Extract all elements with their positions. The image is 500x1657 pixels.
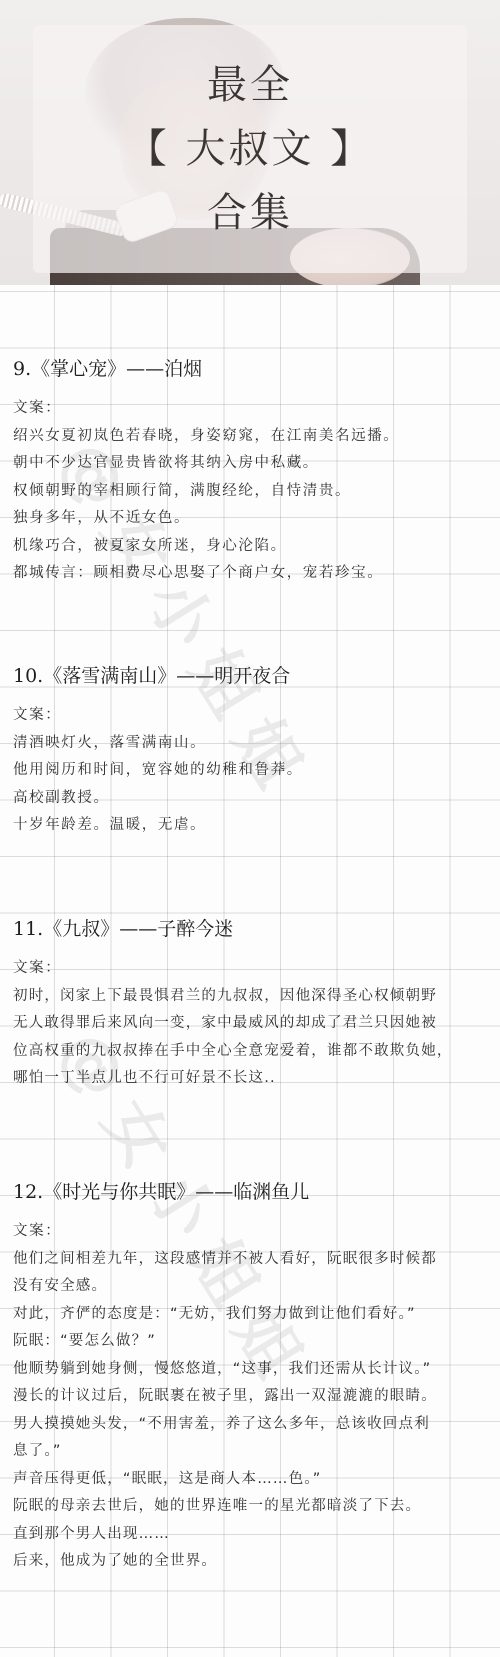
book-entry: 11.《九叔》——子醉今迷 文案： 初时，闵家上下最畏惧君兰的九叔叔，因他深得圣… xyxy=(13,913,493,1093)
title-line-3: 合集 xyxy=(207,193,293,233)
synopsis-line: 他顺势躺到她身侧，慢悠悠道，“这事，我们还需从长计议。” xyxy=(13,1356,493,1384)
synopsis-line: 权倾朝野的宰相顾行简，满腹经纶，自恃清贵。 xyxy=(13,478,493,506)
header-banner: 最全 【 大叔文 】 合集 xyxy=(0,0,500,298)
synopsis-line: 男人摸摸她头发，“不用害羞，养了这么多年，总该收回点利 xyxy=(13,1411,493,1439)
synopsis-line: 朝中不少达官显贵皆欲将其纳入房中私藏。 xyxy=(13,450,493,478)
synopsis-label: 文案： xyxy=(13,702,493,730)
title-line-1: 最全 xyxy=(207,65,293,105)
book-entry: 10.《落雪满南山》——明开夜合 文案： 清酒映灯火，落雪满南山。 他用阅历和时… xyxy=(13,660,493,840)
synopsis-line: 绍兴女夏初岚色若春晓，身姿窈窕，在江南美名远播。 xyxy=(13,423,493,451)
synopsis-line: 漫长的计议过后，阮眠裹在被子里，露出一双湿漉漉的眼睛。 xyxy=(13,1383,493,1411)
synopsis-line: 后来，他成为了她的全世界。 xyxy=(13,1548,493,1576)
book-title: 10.《落雪满南山》——明开夜合 xyxy=(13,660,493,692)
book-title: 12.《时光与你共眠》——临渊鱼儿 xyxy=(13,1176,493,1208)
synopsis-line: 都城传言：顾相费尽心思娶了个商户女，宠若珍宝。 xyxy=(13,560,493,588)
synopsis-line: 直到那个男人出现…… xyxy=(13,1521,493,1549)
synopsis-line: 十岁年龄差。温暖，无虐。 xyxy=(13,812,493,840)
synopsis-line: 对此，齐俨的态度是：“无妨，我们努力做到让他们看好。” xyxy=(13,1301,493,1329)
book-entry: 12.《时光与你共眠》——临渊鱼儿 文案： 他们之间相差九年，这段感情并不被人看… xyxy=(13,1176,493,1576)
synopsis-line: 阮眠：“要怎么做？” xyxy=(13,1328,493,1356)
synopsis-label: 文案： xyxy=(13,955,493,983)
book-entry: 9.《掌心宠》——泊烟 文案： 绍兴女夏初岚色若春晓，身姿窈窕，在江南美名远播。… xyxy=(13,353,493,588)
synopsis-line: 高校副教授。 xyxy=(13,785,493,813)
book-title: 11.《九叔》——子醉今迷 xyxy=(13,913,493,945)
synopsis-line: 息了。” xyxy=(13,1438,493,1466)
synopsis-line: 无人敢得罪后来风向一变，家中最威风的却成了君兰只因她被 xyxy=(13,1010,493,1038)
synopsis-line: 机缘巧合，被夏家女所迷，身心沦陷。 xyxy=(13,533,493,561)
banner-title: 最全 【 大叔文 】 合集 xyxy=(33,25,467,273)
synopsis-line: 他们之间相差九年，这段感情并不被人看好，阮眠很多时候都 xyxy=(13,1246,493,1274)
synopsis-line: 独身多年，从不近女色。 xyxy=(13,505,493,533)
title-line-2: 【 大叔文 】 xyxy=(127,129,373,169)
synopsis-line: 清酒映灯火，落雪满南山。 xyxy=(13,730,493,758)
synopsis-line: 声音压得更低，“眠眠，这是商人本……色。” xyxy=(13,1466,493,1494)
synopsis-line: 位高权重的九叔叔捧在手中全心全意宠爱着，谁都不敢欺负她， xyxy=(13,1038,493,1066)
synopsis-line: 初时，闵家上下最畏惧君兰的九叔叔，因他深得圣心权倾朝野 xyxy=(13,983,493,1011)
synopsis-line: 没有安全感。 xyxy=(13,1273,493,1301)
synopsis-line: 他用阅历和时间，宽容她的幼稚和鲁莽。 xyxy=(13,757,493,785)
book-title: 9.《掌心宠》——泊烟 xyxy=(13,353,493,385)
synopsis-label: 文案： xyxy=(13,1218,493,1246)
synopsis-line: 阮眠的母亲去世后，她的世界连唯一的星光都暗淡了下去。 xyxy=(13,1493,493,1521)
synopsis-line: 哪怕一丁半点儿也不行可好景不长这.. xyxy=(13,1065,493,1093)
synopsis-label: 文案： xyxy=(13,395,493,423)
